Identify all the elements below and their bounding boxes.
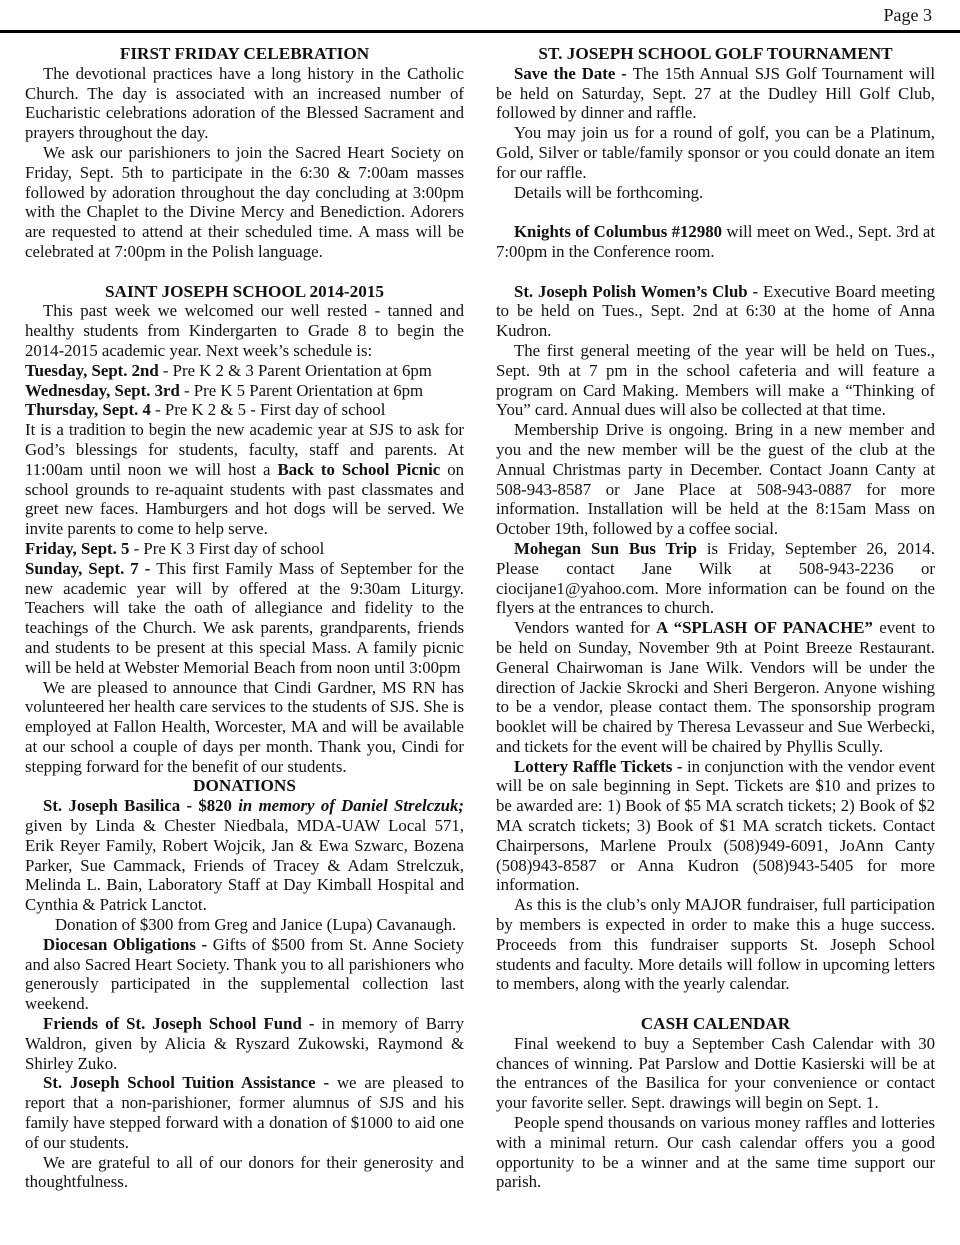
text-run: given by Linda & Chester Niedbala, MDA-U… (25, 816, 464, 914)
paragraph: People spend thousands on various money … (496, 1113, 935, 1192)
schedule-line: Friday, Sept. 5 - Pre K 3 First day of s… (25, 539, 464, 559)
text-run: Final weekend to buy a September Cash Ca… (496, 1034, 935, 1112)
text-run: Tuesday, Sept. 2nd (25, 361, 163, 380)
paragraph: As this is the club’s only MAJOR fundrai… (496, 895, 935, 994)
text-run: We are grateful to all of our donors for… (25, 1153, 464, 1192)
text-run: FIRST FRIDAY CELEBRATION (120, 44, 369, 63)
text-run: - Pre K 5 Parent Orientation at 6pm (184, 381, 423, 400)
text-run: Mohegan Sun Bus Trip (514, 539, 707, 558)
text-run: in memory of Daniel Strelczuk; (238, 796, 464, 815)
section-heading: SAINT JOSEPH SCHOOL 2014-2015 (25, 282, 464, 302)
text-run: St. Joseph Polish Women’s Club - (514, 282, 763, 301)
text-run: - Pre K 2 & 3 Parent Orientation at 6pm (163, 361, 432, 380)
text-run: Thursday, Sept. 4 (25, 400, 155, 419)
paragraph: Details will be forthcoming. (496, 183, 935, 203)
schedule-line: Wednesday, Sept. 3rd - Pre K 5 Parent Or… (25, 381, 464, 401)
blank-line (496, 202, 935, 222)
text-run: - Pre K 2 & 5 - First day of school (155, 400, 385, 419)
text-run: As this is the club’s only MAJOR fundrai… (496, 895, 935, 993)
paragraph: Lottery Raffle Tickets - in conjunction … (496, 757, 935, 896)
text-run: Lottery Raffle Tickets - (514, 757, 687, 776)
blank-line (496, 262, 935, 282)
paragraph: Sunday, Sept. 7 - This first Family Mass… (25, 559, 464, 678)
paragraph: St. Joseph Polish Women’s Club - Executi… (496, 282, 935, 341)
text-run: Sunday, Sept. 7 - (25, 559, 156, 578)
page-header: Page 3 (0, 0, 960, 26)
section-heading: FIRST FRIDAY CELEBRATION (25, 44, 464, 64)
text-run: Back to School Picnic (278, 460, 441, 479)
text-run: Details will be forthcoming. (514, 183, 703, 202)
paragraph: St. Joseph School Tuition Assistance - w… (25, 1073, 464, 1152)
text-run: in conjunction with the vendor event wil… (496, 757, 935, 895)
paragraph: Final weekend to buy a September Cash Ca… (496, 1034, 935, 1113)
text-run: We ask our parishioners to join the Sacr… (25, 143, 464, 261)
paragraph: Donation of $300 from Greg and Janice (L… (25, 915, 464, 935)
paragraph: This past week we welcomed our well rest… (25, 301, 464, 360)
text-run: CASH CALENDAR (641, 1014, 790, 1033)
paragraph: Vendors wanted for A “SPLASH OF PANACHE”… (496, 618, 935, 757)
text-run: We are pleased to announce that Cindi Ga… (25, 678, 464, 776)
left-column: FIRST FRIDAY CELEBRATIONThe devotional p… (25, 44, 464, 1192)
paragraph: Save the Date - The 15th Annual SJS Golf… (496, 64, 935, 123)
paragraph: The first general meeting of the year wi… (496, 341, 935, 420)
text-run: Knights of Columbus #12980 (514, 222, 726, 241)
paragraph: St. Joseph Basilica - $820 in memory of … (25, 796, 464, 915)
paragraph: The devotional practices have a long his… (25, 64, 464, 143)
text-run: Save the Date - (514, 64, 633, 83)
text-run: Diocesan Obligations - (43, 935, 213, 954)
paragraph: Mohegan Sun Bus Trip is Friday, Septembe… (496, 539, 935, 618)
text-run: event to be held on Sunday, November 9th… (496, 618, 935, 756)
paragraph: We ask our parishioners to join the Sacr… (25, 143, 464, 262)
text-run: SAINT JOSEPH SCHOOL 2014-2015 (105, 282, 384, 301)
paragraph: It is a tradition to begin the new acade… (25, 420, 464, 539)
text-run: St. Joseph Basilica - (43, 796, 198, 815)
text-run: ST. JOSEPH SCHOOL GOLF TOURNAMENT (538, 44, 892, 63)
bulletin-page: Page 3 FIRST FRIDAY CELEBRATIONThe devot… (0, 0, 960, 1192)
paragraph: We are grateful to all of our donors for… (25, 1153, 464, 1193)
two-column-layout: FIRST FRIDAY CELEBRATIONThe devotional p… (0, 33, 960, 1192)
section-heading: ST. JOSEPH SCHOOL GOLF TOURNAMENT (496, 44, 935, 64)
page-number: Page 3 (884, 5, 933, 25)
section-heading: CASH CALENDAR (496, 1014, 935, 1034)
text-run: Wednesday, Sept. 3rd (25, 381, 184, 400)
text-run: - Pre K 3 First day of school (134, 539, 325, 558)
text-run: People spend thousands on various money … (496, 1113, 935, 1191)
text-run: Friends of St. Joseph School Fund - (43, 1014, 322, 1033)
text-run: Friday, Sept. 5 (25, 539, 134, 558)
schedule-line: Thursday, Sept. 4 - Pre K 2 & 5 - First … (25, 400, 464, 420)
text-run: The first general meeting of the year wi… (496, 341, 935, 419)
schedule-line: Tuesday, Sept. 2nd - Pre K 2 & 3 Parent … (25, 361, 464, 381)
text-run: A “SPLASH OF PANACHE” (656, 618, 879, 637)
paragraph: We are pleased to announce that Cindi Ga… (25, 678, 464, 777)
text-run: $820 (198, 796, 238, 815)
text-run: DONATIONS (193, 776, 296, 795)
paragraph: Diocesan Obligations - Gifts of $500 fro… (25, 935, 464, 1014)
section-heading: DONATIONS (25, 776, 464, 796)
text-run: Membership Drive is ongoing. Bring in a … (496, 420, 935, 538)
text-run: This past week we welcomed our well rest… (25, 301, 464, 360)
paragraph: You may join us for a round of golf, you… (496, 123, 935, 182)
paragraph: Membership Drive is ongoing. Bring in a … (496, 420, 935, 539)
blank-line (25, 262, 464, 282)
blank-line (496, 994, 935, 1014)
text-run: St. Joseph School Tuition Assistance - (43, 1073, 337, 1092)
text-run: The devotional practices have a long his… (25, 64, 464, 142)
text-run: Vendors wanted for (514, 618, 656, 637)
paragraph: Friends of St. Joseph School Fund - in m… (25, 1014, 464, 1073)
right-column: ST. JOSEPH SCHOOL GOLF TOURNAMENTSave th… (496, 44, 935, 1192)
paragraph: Knights of Columbus #12980 will meet on … (496, 222, 935, 262)
text-run: Donation of $300 from Greg and Janice (L… (55, 915, 456, 934)
text-run: You may join us for a round of golf, you… (496, 123, 935, 182)
